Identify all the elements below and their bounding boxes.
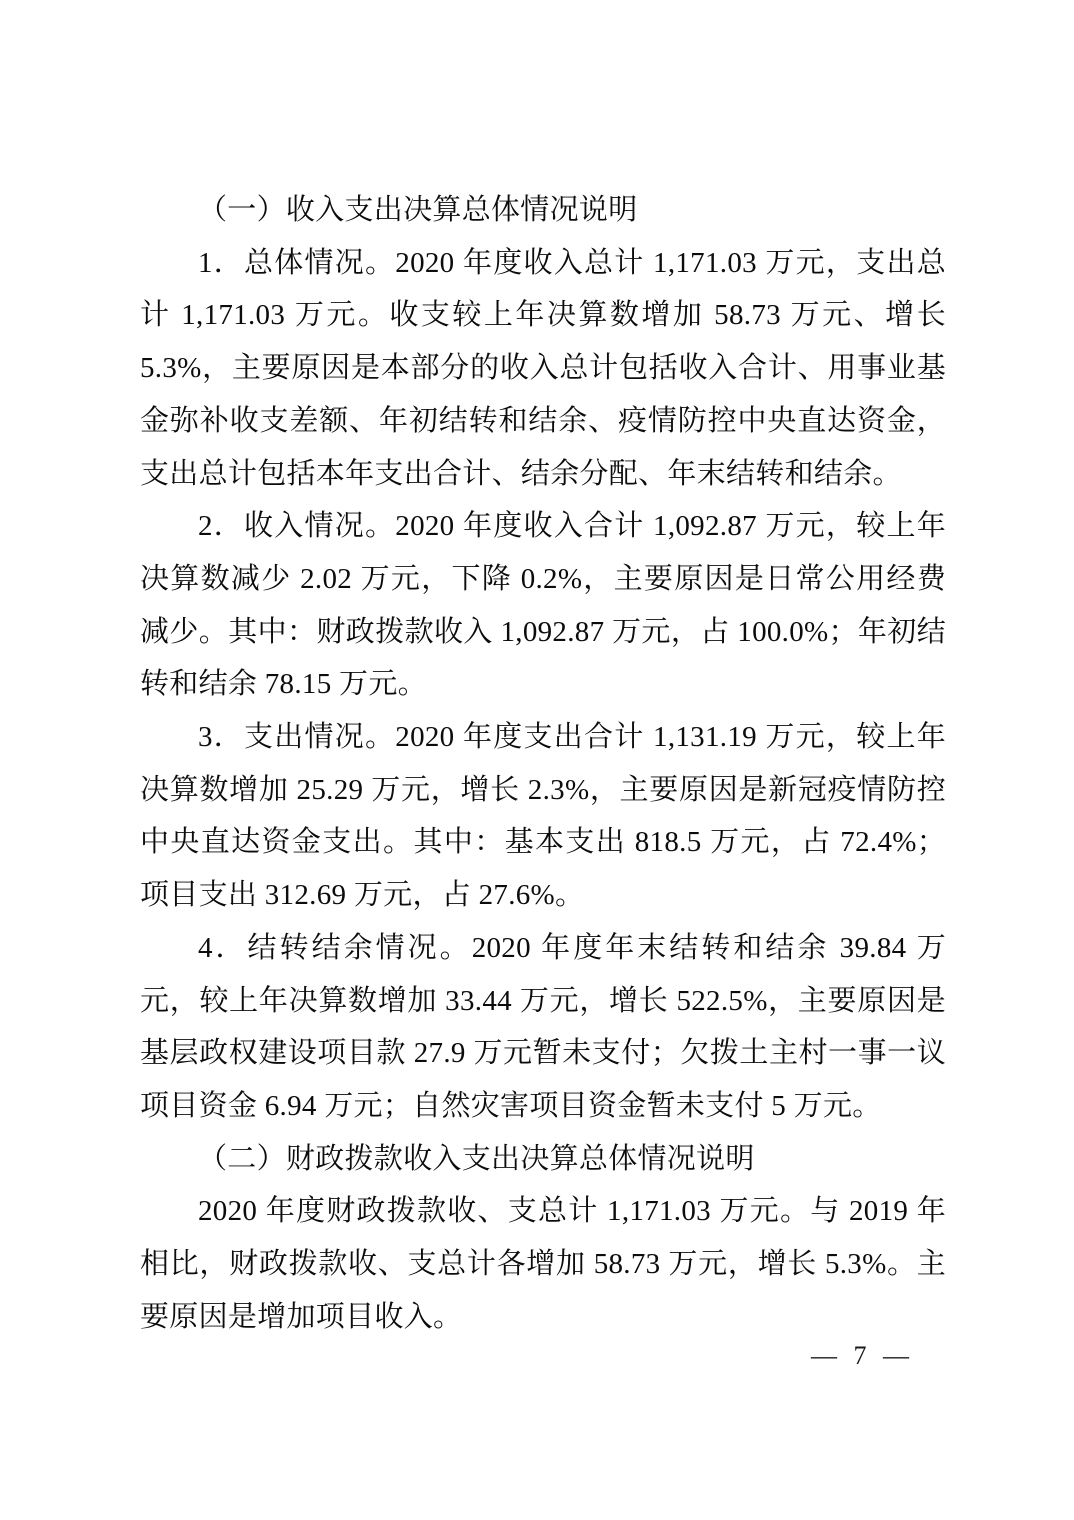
paragraph-overall-situation: 1．总体情况。2020 年度收入总计 1,171.03 万元，支出总计 1,17… <box>140 237 946 501</box>
document-body: （一）收入支出决算总体情况说明 1．总体情况。2020 年度收入总计 1,171… <box>140 184 946 1343</box>
section-heading-2: （二）财政拨款收入支出决算总体情况说明 <box>140 1133 946 1186</box>
document-page: （一）收入支出决算总体情况说明 1．总体情况。2020 年度收入总计 1,171… <box>0 0 1074 1520</box>
page-number: — 7 — <box>811 1341 914 1370</box>
page-footer: — 7 — <box>811 1336 914 1376</box>
paragraph-fiscal-appropriation: 2020 年度财政拨款收、支总计 1,171.03 万元。与 2019 年相比，… <box>140 1185 946 1343</box>
paragraph-income-situation: 2．收入情况。2020 年度收入合计 1,092.87 万元，较上年决算数减少 … <box>140 500 946 711</box>
section-heading-1: （一）收入支出决算总体情况说明 <box>140 184 946 237</box>
paragraph-carryover-balance-situation: 4．结转结余情况。2020 年度年末结转和结余 39.84 万元，较上年决算数增… <box>140 922 946 1133</box>
paragraph-expenditure-situation: 3．支出情况。2020 年度支出合计 1,131.19 万元，较上年决算数增加 … <box>140 711 946 922</box>
